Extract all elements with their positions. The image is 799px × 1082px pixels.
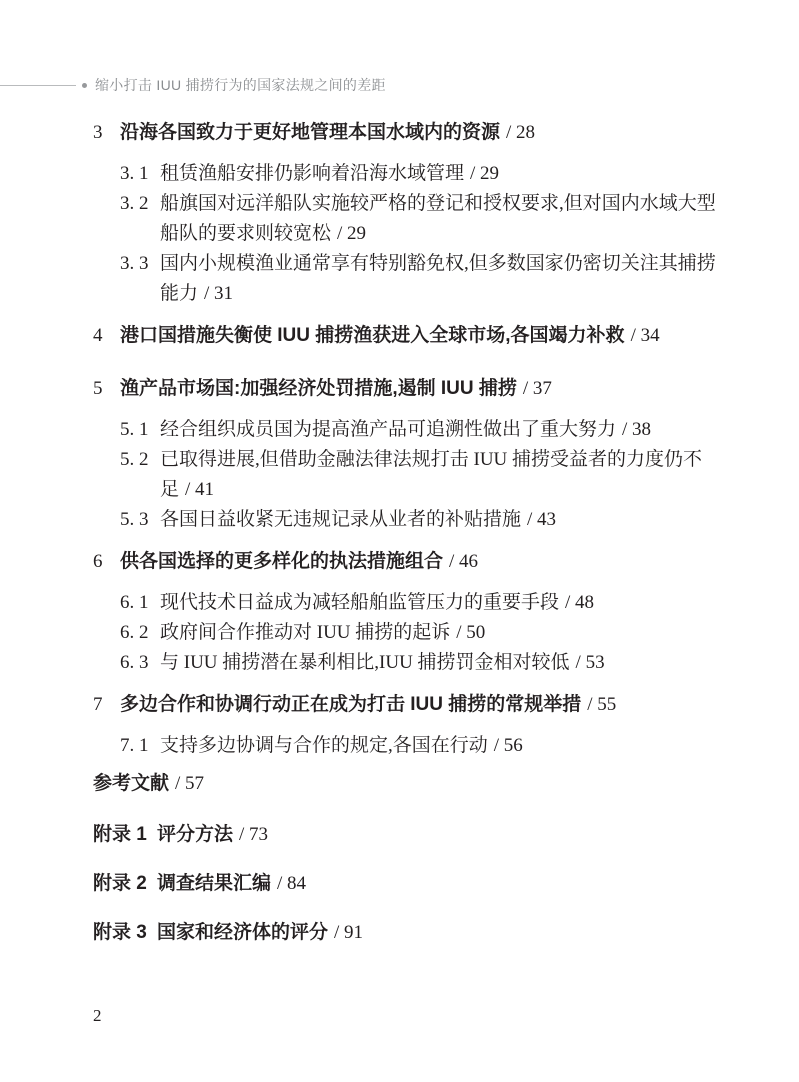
- subentry-page-ref: / 38: [622, 419, 651, 440]
- running-header: 缩小打击 IUU 捕捞行为的国家法规之间的差距: [0, 76, 386, 94]
- subentry-number: 3. 3: [120, 249, 160, 309]
- toc-chapter: 6供各国选择的更多样化的执法措施组合/ 46 6. 1 现代技术日益成为减轻船舶…: [93, 547, 717, 678]
- subentry-number: 7. 1: [120, 731, 160, 761]
- subentry-title: 经合组织成员国为提高渔产品可追溯性做出了重大努力: [160, 419, 616, 440]
- subentry-number: 5. 1: [120, 415, 160, 445]
- subentry-page-ref: / 29: [337, 223, 366, 244]
- page-number: 2: [93, 1006, 102, 1025]
- toc-chapter: 5渔产品市场国:加强经济处罚措施,遏制 IUU 捕捞/ 37 5. 1 经合组织…: [93, 374, 717, 535]
- backmatter-label: 附录 3: [93, 918, 157, 948]
- toc-chapter: 7多边合作和协调行动正在成为打击 IUU 捕捞的常规举措/ 55 7. 1 支持…: [93, 690, 717, 761]
- toc-subentry: 3. 3 国内小规模渔业通常享有特别豁免权,但多数国家仍密切关注其捕捞能力/ 3…: [93, 249, 717, 309]
- chapter-title: 供各国选择的更多样化的执法措施组合: [120, 551, 443, 572]
- toc-backmatter-entry: 附录 1评分方法/ 73: [93, 820, 717, 851]
- toc-subentry: 6. 2 政府间合作推动对 IUU 捕捞的起诉/ 50: [93, 618, 717, 648]
- subentry-number: 6. 3: [120, 648, 160, 678]
- toc-backmatter-entry: 参考文献/ 57: [93, 769, 717, 800]
- backmatter-page-ref: / 73: [239, 824, 268, 845]
- subentry-body: 已取得进展,但借助金融法律法规打击 IUU 捕捞受益者的力度仍不足/ 41: [160, 445, 717, 505]
- chapter-number: 7: [93, 690, 120, 720]
- chapter-title: 渔产品市场国:加强经济处罚措施,遏制 IUU 捕捞: [120, 378, 517, 399]
- backmatter-title: 调查结果汇编: [157, 873, 271, 894]
- toc-backmatter-entry: 附录 3国家和经济体的评分/ 91: [93, 918, 717, 949]
- subentry-page-ref: / 56: [494, 735, 523, 756]
- chapter-title: 港口国措施失衡使 IUU 捕捞渔获进入全球市场,各国竭力补救: [120, 325, 625, 346]
- chapter-title: 多边合作和协调行动正在成为打击 IUU 捕捞的常规举措: [120, 694, 581, 715]
- subentry-page-ref: / 31: [204, 283, 233, 304]
- chapter-number: 4: [93, 321, 120, 351]
- toc-subentries: 7. 1 支持多边协调与合作的规定,各国在行动/ 56: [93, 731, 717, 761]
- subentry-title: 与 IUU 捕捞潜在暴利相比,IUU 捕捞罚金相对较低: [160, 652, 570, 673]
- subentry-page-ref: / 29: [470, 163, 499, 184]
- backmatter-label: 附录 1: [93, 820, 157, 850]
- subentry-title: 已取得进展,但借助金融法律法规打击 IUU 捕捞受益者的力度仍不足: [160, 449, 702, 500]
- backmatter-page-ref: / 84: [277, 873, 306, 894]
- subentry-body: 国内小规模渔业通常享有特别豁免权,但多数国家仍密切关注其捕捞能力/ 31: [160, 249, 717, 309]
- toc-chapter: 3沿海各国致力于更好地管理本国水域内的资源/ 28 3. 1 租赁渔船安排仍影响…: [93, 118, 717, 309]
- subentry-body: 船旗国对远洋船队实施较严格的登记和授权要求,但对国内水域大型船队的要求则较宽松/…: [160, 189, 717, 249]
- subentry-page-ref: / 48: [565, 592, 594, 613]
- toc-subentry: 6. 1 现代技术日益成为减轻船舶监管压力的重要手段/ 48: [93, 588, 717, 618]
- toc-chapter-entry: 5渔产品市场国:加强经济处罚措施,遏制 IUU 捕捞/ 37: [93, 374, 717, 405]
- table-of-contents: 3沿海各国致力于更好地管理本国水域内的资源/ 28 3. 1 租赁渔船安排仍影响…: [93, 118, 717, 949]
- toc-subentry: 5. 2 已取得进展,但借助金融法律法规打击 IUU 捕捞受益者的力度仍不足/ …: [93, 445, 717, 505]
- subentry-body: 各国日益收紧无违规记录从业者的补贴措施/ 43: [160, 505, 717, 535]
- chapter-page-ref: / 46: [449, 551, 478, 572]
- subentry-title: 各国日益收紧无违规记录从业者的补贴措施: [160, 509, 521, 530]
- header-rule: [0, 85, 76, 86]
- toc-chapter-entry: 6供各国选择的更多样化的执法措施组合/ 46: [93, 547, 717, 578]
- subentry-body: 与 IUU 捕捞潜在暴利相比,IUU 捕捞罚金相对较低/ 53: [160, 648, 717, 678]
- backmatter-title: 参考文献: [93, 773, 169, 794]
- toc-subentries: 3. 1 租赁渔船安排仍影响着沿海水域管理/ 29 3. 2 船旗国对远洋船队实…: [93, 159, 717, 309]
- subentry-page-ref: / 43: [527, 509, 556, 530]
- toc-subentry: 3. 2 船旗国对远洋船队实施较严格的登记和授权要求,但对国内水域大型船队的要求…: [93, 189, 717, 249]
- header-bullet-icon: [82, 83, 87, 88]
- backmatter-page-ref: / 57: [175, 773, 204, 794]
- subentry-number: 3. 1: [120, 159, 160, 189]
- subentry-body: 租赁渔船安排仍影响着沿海水域管理/ 29: [160, 159, 717, 189]
- chapter-number: 3: [93, 118, 120, 148]
- subentry-title: 现代技术日益成为减轻船舶监管压力的重要手段: [160, 592, 559, 613]
- running-header-title: 缩小打击 IUU 捕捞行为的国家法规之间的差距: [95, 75, 386, 95]
- chapter-number: 6: [93, 547, 120, 577]
- subentry-body: 支持多边协调与合作的规定,各国在行动/ 56: [160, 731, 717, 761]
- toc-chapter-entry: 3沿海各国致力于更好地管理本国水域内的资源/ 28: [93, 118, 717, 149]
- backmatter-page-ref: / 91: [334, 922, 363, 943]
- toc-subentries: 5. 1 经合组织成员国为提高渔产品可追溯性做出了重大努力/ 38 5. 2 已…: [93, 415, 717, 535]
- toc-subentries: 6. 1 现代技术日益成为减轻船舶监管压力的重要手段/ 48 6. 2 政府间合…: [93, 588, 717, 678]
- chapter-page-ref: / 55: [587, 694, 616, 715]
- subentry-title: 政府间合作推动对 IUU 捕捞的起诉: [160, 622, 450, 643]
- toc-backmatter-entry: 附录 2调查结果汇编/ 84: [93, 869, 717, 900]
- toc-chapter-entry: 7多边合作和协调行动正在成为打击 IUU 捕捞的常规举措/ 55: [93, 690, 717, 721]
- backmatter-title: 评分方法: [157, 824, 233, 845]
- subentry-number: 5. 2: [120, 445, 160, 505]
- toc-chapter-entry: 4港口国措施失衡使 IUU 捕捞渔获进入全球市场,各国竭力补救/ 34: [93, 321, 717, 352]
- subentry-page-ref: / 41: [185, 479, 214, 500]
- subentry-title: 支持多边协调与合作的规定,各国在行动: [160, 735, 488, 756]
- subentry-number: 6. 1: [120, 588, 160, 618]
- toc-subentry: 3. 1 租赁渔船安排仍影响着沿海水域管理/ 29: [93, 159, 717, 189]
- subentry-body: 现代技术日益成为减轻船舶监管压力的重要手段/ 48: [160, 588, 717, 618]
- chapter-page-ref: / 28: [506, 122, 535, 143]
- toc-subentry: 5. 3 各国日益收紧无违规记录从业者的补贴措施/ 43: [93, 505, 717, 535]
- subentry-number: 3. 2: [120, 189, 160, 249]
- chapter-page-ref: / 34: [631, 325, 660, 346]
- toc-subentry: 7. 1 支持多边协调与合作的规定,各国在行动/ 56: [93, 731, 717, 761]
- toc-subentry: 6. 3 与 IUU 捕捞潜在暴利相比,IUU 捕捞罚金相对较低/ 53: [93, 648, 717, 678]
- subentry-page-ref: / 50: [456, 622, 485, 643]
- backmatter-label: 附录 2: [93, 869, 157, 899]
- toc-subentry: 5. 1 经合组织成员国为提高渔产品可追溯性做出了重大努力/ 38: [93, 415, 717, 445]
- subentry-page-ref: / 53: [576, 652, 605, 673]
- chapter-title: 沿海各国致力于更好地管理本国水域内的资源: [120, 122, 500, 143]
- chapter-number: 5: [93, 374, 120, 404]
- subentry-number: 6. 2: [120, 618, 160, 648]
- subentry-title: 国内小规模渔业通常享有特别豁免权,但多数国家仍密切关注其捕捞能力: [160, 253, 716, 304]
- subentry-title: 租赁渔船安排仍影响着沿海水域管理: [160, 163, 464, 184]
- backmatter-title: 国家和经济体的评分: [157, 922, 328, 943]
- subentry-title: 船旗国对远洋船队实施较严格的登记和授权要求,但对国内水域大型船队的要求则较宽松: [160, 193, 716, 244]
- page-footer: 2: [93, 1006, 102, 1026]
- subentry-body: 经合组织成员国为提高渔产品可追溯性做出了重大努力/ 38: [160, 415, 717, 445]
- chapter-page-ref: / 37: [523, 378, 552, 399]
- subentry-number: 5. 3: [120, 505, 160, 535]
- toc-chapter: 4港口国措施失衡使 IUU 捕捞渔获进入全球市场,各国竭力补救/ 34: [93, 321, 717, 362]
- subentry-body: 政府间合作推动对 IUU 捕捞的起诉/ 50: [160, 618, 717, 648]
